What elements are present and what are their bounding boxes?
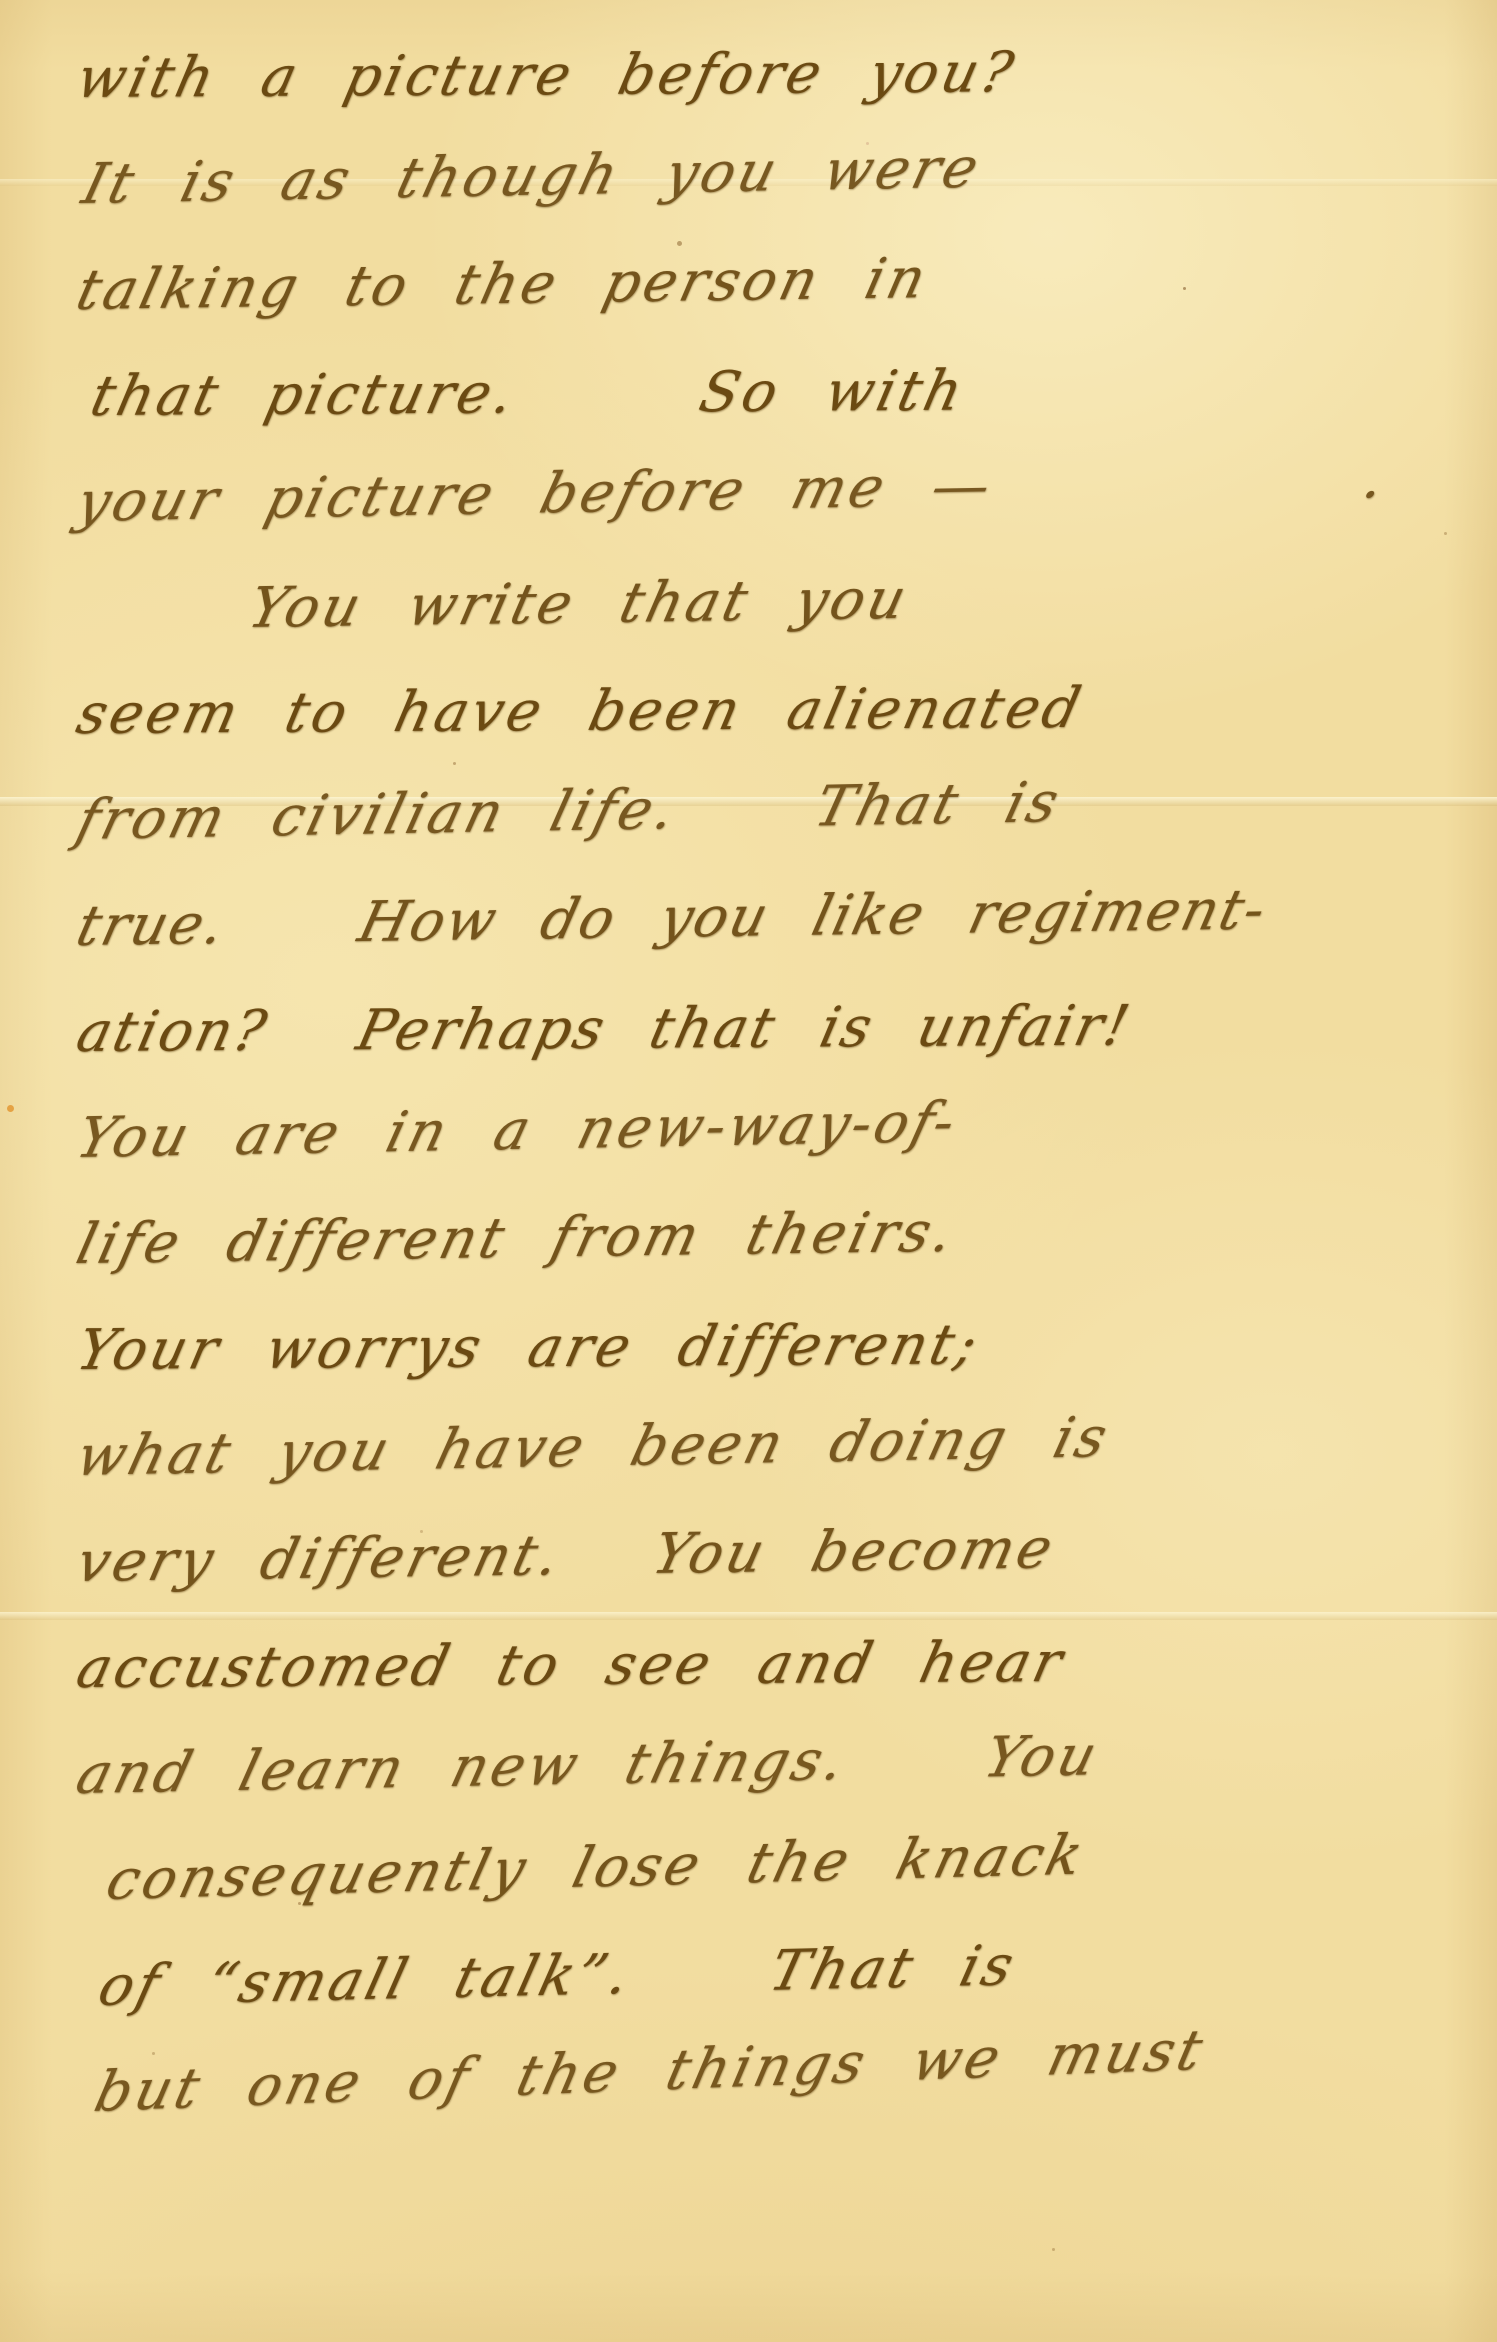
handwriting-line: life different from theirs.: [66, 1173, 1476, 1298]
letter-page: with a picture before you?It is as thoug…: [0, 0, 1497, 2342]
handwriting-line: very different. You become: [66, 1491, 1476, 1616]
handwriting-line: You write that you: [238, 539, 1475, 662]
letter-body: with a picture before you?It is as thoug…: [78, 26, 1458, 2146]
handwriting-line: true. How do you like regiment-: [66, 855, 1476, 980]
handwriting-line: talking to the person in: [66, 219, 1476, 344]
